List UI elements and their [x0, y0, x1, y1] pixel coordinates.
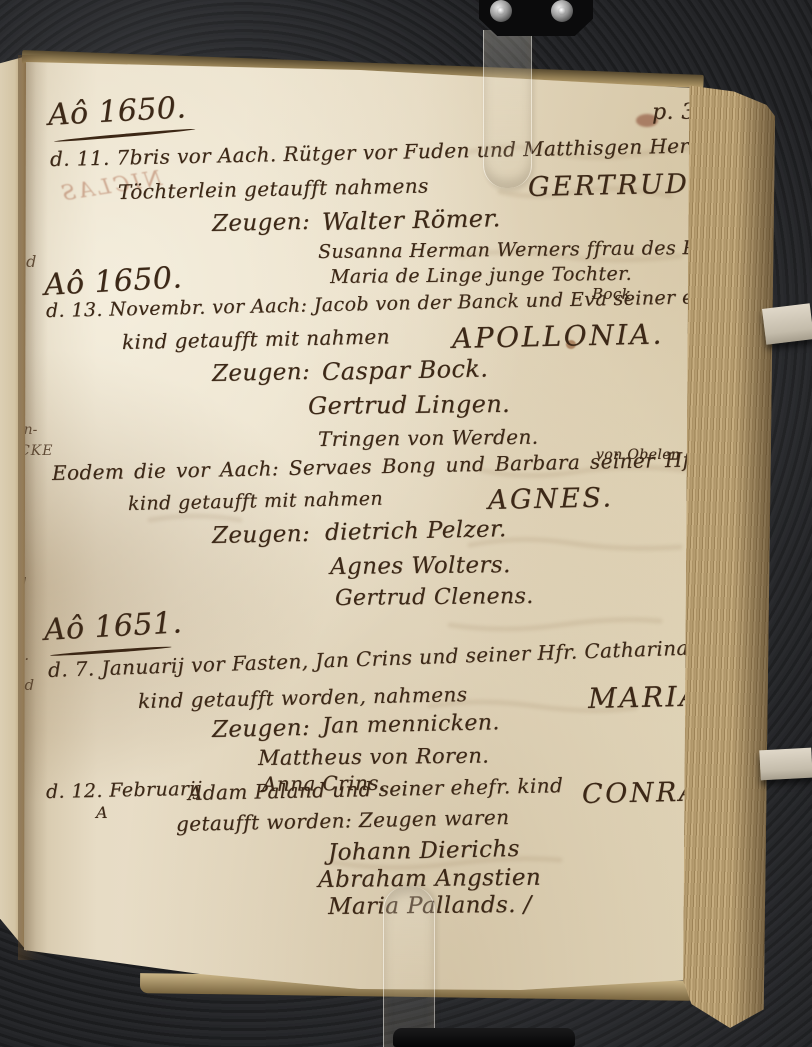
book-fore-edge	[683, 82, 776, 1029]
witness-name: Walter Römer.	[322, 204, 501, 236]
witness-name: Maria de Linge junge Tochter.	[330, 263, 632, 288]
witness-name: Tringen von Werden.	[318, 425, 539, 451]
interlinear-insertion: von Obelen	[596, 447, 680, 463]
manuscript-photograph: NICLAS ffr- kind ssen- RICKE ind nel. ki…	[0, 0, 812, 1047]
transparent-page-holder-top	[483, 30, 532, 188]
witness-label: Zeugen:	[212, 209, 311, 237]
child-name: GERTRUD.	[528, 168, 700, 203]
witness-name: Gertrud Lingen.	[308, 390, 510, 420]
binding-strap-lower	[759, 748, 812, 781]
binding-strap-upper	[762, 303, 812, 345]
witness-label: Zeugen:	[212, 359, 311, 387]
child-name: APOLLONIA.	[452, 318, 664, 355]
witness-label: Zeugen:	[212, 521, 311, 549]
entry-date: d. 12. Februarij	[46, 778, 203, 803]
cradle-clamp-top	[479, 0, 593, 36]
witness-name: Johann Dierichs	[328, 836, 520, 866]
witness-name: Mattheus von Roren.	[258, 744, 490, 770]
interlinear-insertion: Bock	[592, 285, 631, 303]
witness-name: Jan mennicken.	[322, 710, 500, 739]
child-name: AGNES.	[488, 482, 614, 516]
witness-name: Gertrud Clenens.	[335, 584, 534, 611]
clamp-screw	[490, 0, 512, 22]
witness-name: Abraham Angstien	[318, 865, 541, 893]
transparent-page-holder-bottom	[383, 886, 435, 1047]
cradle-clamp-bottom	[393, 1028, 575, 1047]
entry-note: A	[96, 803, 108, 822]
gutter-shadow	[18, 55, 48, 960]
witness-label: Zeugen:	[212, 715, 311, 743]
witness-name: dietrich Pelzer.	[325, 516, 507, 546]
witness-name: Agnes Wolters.	[330, 552, 511, 580]
clamp-screw	[551, 0, 573, 22]
witness-name: Caspar Bock.	[322, 355, 489, 386]
